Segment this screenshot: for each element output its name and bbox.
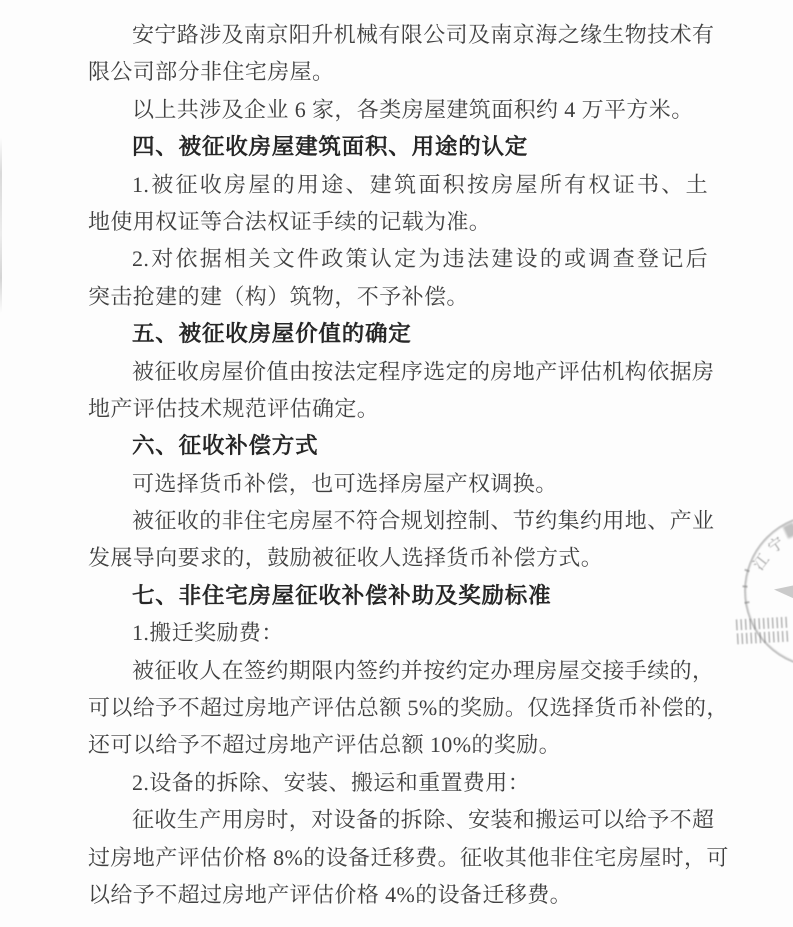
document-line: 1.被征收房屋的用途、建筑面积按房屋所有权证书、土	[88, 166, 708, 203]
document-line: 发展导向要求的，鼓励被征收人选择货币补偿方式。	[88, 539, 708, 576]
document-line: 以给予不超过房地产评估价格 4%的设备迁移费。	[88, 876, 708, 913]
document-line: 地使用权证等合法权证手续的记载为准。	[88, 203, 708, 240]
section-heading-4: 四、被征收房屋建筑面积、用途的认定	[88, 128, 708, 165]
document-line: 突击抢建的建（构）筑物，不予补偿。	[88, 278, 708, 315]
section-heading-6: 六、征收补偿方式	[88, 427, 708, 464]
document-line: 被征收的非住宅房屋不符合规划控制、节约集约用地、产业	[88, 502, 708, 539]
document-line: 2.设备的拆除、安装、搬运和重置费用：	[88, 764, 708, 801]
document-line: 安宁路涉及南京阳升机械有限公司及南京海之缘生物技术有	[88, 16, 708, 53]
seal-arc-text-fragment	[744, 601, 749, 604]
document-line: 征收生产用房时，对设备的拆除、安装和搬运可以给予不超	[88, 801, 708, 838]
seal-arc-text-fragment	[783, 522, 793, 538]
document-line: 限公司部分非住宅房屋。	[88, 53, 708, 90]
document-line: 被征收房屋价值由按法定程序选定的房地产评估机构依据房	[88, 353, 708, 390]
document-line: 2.对依据相关文件政策认定为违法建设的或调查登记后	[88, 240, 708, 277]
section-heading-7: 七、非住宅房屋征收补偿补助及奖励标准	[88, 577, 708, 614]
document-line: 地产评估技术规范评估确定。	[88, 390, 708, 427]
seal-ring-icon	[744, 514, 793, 668]
document-line: 被征收人在签约期限内签约并按约定办理房屋交接手续的，	[88, 652, 708, 689]
seal-illegible-text	[736, 617, 791, 631]
document-body: 安宁路涉及南京阳升机械有限公司及南京海之缘生物技术有 限公司部分非住宅房屋。 以…	[88, 16, 708, 913]
seal-arc-text: 江	[748, 549, 774, 574]
seal-arc-text: 宁	[763, 532, 787, 558]
section-heading-5: 五、被征收房屋价值的确定	[88, 315, 708, 352]
document-line: 还可以给予不超过房地产评估总额 10%的奖励。	[88, 726, 708, 763]
seal-illegible-text	[737, 631, 790, 645]
document-line: 可选择货币补偿，也可选择房屋产权调换。	[88, 465, 708, 502]
seal-star-icon	[765, 537, 793, 651]
document-line: 可以给予不超过房地产评估总额 5%的奖励。仅选择货币补偿的，	[88, 689, 708, 726]
scanned-document-page: 安宁路涉及南京阳升机械有限公司及南京海之缘生物技术有 限公司部分非住宅房屋。 以…	[0, 0, 793, 927]
document-line: 过房地产评估价格 8%的设备迁移费。征收其他非住宅房屋时，可	[88, 839, 708, 876]
document-line: 以上共涉及企业 6 家，各类房屋建筑面积约 4 万平方米。	[88, 91, 708, 128]
seal-arc-text-fragment	[742, 585, 747, 587]
seal-arc-text-fragment	[744, 569, 749, 573]
scan-edge-artifact	[0, 138, 2, 313]
document-line: 1.搬迁奖励费：	[88, 614, 708, 651]
